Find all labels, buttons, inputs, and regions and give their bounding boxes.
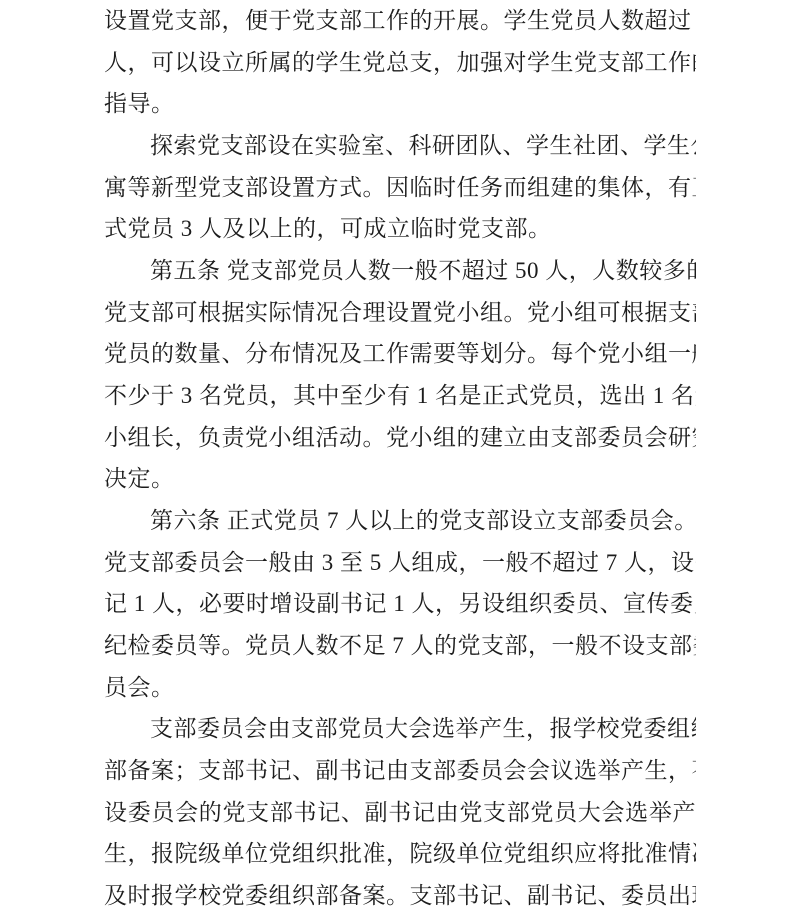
text-line-paragraph-explore-new-branch-types: 探索党支部设在实验室、科研团队、学生社团、学生公 xyxy=(104,125,696,167)
text-line-paragraph-article-5-party-groups: 小组长，负责党小组活动。党小组的建立由支部委员会研究 xyxy=(104,417,696,459)
text-line-paragraph-article-6-branch-committee: 党支部委员会一般由 3 至 5 人组成，一般不超过 7 人，设书 xyxy=(104,542,696,584)
text-line-paragraph-continuation-student-branch-setup: 指导。 xyxy=(104,83,696,125)
text-line-paragraph-article-5-party-groups: 党员的数量、分布情况及工作需要等划分。每个党小组一般 xyxy=(104,333,696,375)
text-line-paragraph-committee-election-procedure: 及时报学校党委组织部备案。支部书记、副书记、委员出现 xyxy=(104,875,696,917)
text-line-paragraph-article-6-branch-committee: 记 1 人，必要时增设副书记 1 人，另设组织委员、宣传委员、 xyxy=(104,583,696,625)
text-line-paragraph-article-6-branch-committee: 第六条 正式党员 7 人以上的党支部设立支部委员会。 xyxy=(104,500,696,542)
text-line-paragraph-continuation-student-branch-setup: 人，可以设立所属的学生党总支，加强对学生党支部工作的 xyxy=(104,42,696,84)
text-line-paragraph-article-6-branch-committee: 纪检委员等。党员人数不足 7 人的党支部，一般不设支部委 xyxy=(104,625,696,667)
text-line-paragraph-committee-election-procedure: 部备案；支部书记、副书记由支部委员会会议选举产生，不 xyxy=(104,750,696,792)
text-line-paragraph-article-5-party-groups: 党支部可根据实际情况合理设置党小组。党小组可根据支部 xyxy=(104,292,696,334)
document-text-block: 设置党支部，便于党支部工作的开展。学生党员人数超过 50人，可以设立所属的学生党… xyxy=(104,0,696,917)
text-line-paragraph-committee-election-procedure: 生，报院级单位党组织批准，院级单位党组织应将批准情况 xyxy=(104,833,696,875)
text-line-paragraph-committee-election-procedure: 设委员会的党支部书记、副书记由党支部党员大会选举产 xyxy=(104,792,696,834)
text-line-paragraph-explore-new-branch-types: 式党员 3 人及以上的，可成立临时党支部。 xyxy=(104,208,696,250)
text-line-paragraph-explore-new-branch-types: 寓等新型党支部设置方式。因临时任务而组建的集体，有正 xyxy=(104,167,696,209)
text-line-paragraph-article-6-branch-committee: 员会。 xyxy=(104,667,696,709)
text-line-paragraph-article-5-party-groups: 第五条 党支部党员人数一般不超过 50 人，人数较多的 xyxy=(104,250,696,292)
text-line-paragraph-committee-election-procedure: 支部委员会由支部党员大会选举产生，报学校党委组织 xyxy=(104,708,696,750)
text-line-paragraph-continuation-student-branch-setup: 设置党支部，便于党支部工作的开展。学生党员人数超过 50 xyxy=(104,0,696,42)
document-page: 设置党支部，便于党支部工作的开展。学生党员人数超过 50人，可以设立所属的学生党… xyxy=(0,0,799,917)
text-line-paragraph-article-5-party-groups: 不少于 3 名党员，其中至少有 1 名是正式党员，选出 1 名党 xyxy=(104,375,696,417)
text-line-paragraph-article-5-party-groups: 决定。 xyxy=(104,458,696,500)
